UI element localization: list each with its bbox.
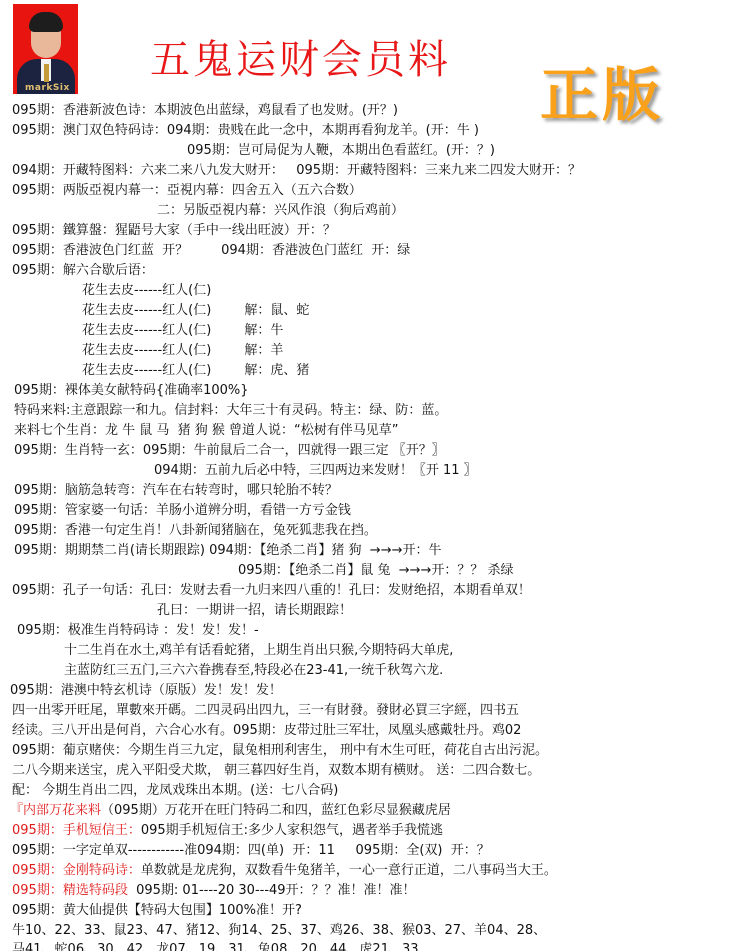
text-line: 095期：香港波色门红蓝 开？ 094期：香港波色门蓝红 开：绿 — [12, 242, 410, 260]
text-line: 095期：葡京赌侠：今期生肖三九定，鼠兔相刑利害生， 刑中有木生可旺，荷花自古出… — [12, 742, 548, 760]
text-line: 配： 今期生肖出二四，龙凤戏珠出本期。(送：七八合码) — [12, 782, 338, 800]
text-line: 095期：港澳中特玄机诗（原版）发！发！发！ — [10, 682, 282, 700]
authentic-badge: 正版 — [540, 48, 664, 132]
text-line-mixed: 马41、蛇06、30、42、龙07、19、31、兔08、20、44、虎21、33 — [12, 941, 419, 951]
text-line: 花生去皮------红人(仁) 解：虎、猪 — [82, 362, 309, 380]
text-line: 095期：管家婆一句话：羊肠小道辨分明，看错一方亏金钱 — [14, 502, 351, 520]
highlight-label: 095期：精选特码段 — [12, 883, 128, 898]
text-line-mixed: 牛10、22、33、鼠23、47、猪12、狗14、25、37、鸡26、38、猴0… — [12, 922, 546, 940]
text-line: 四一出零开旺尾，單數來开碼。二四灵码出四九，三一有財發。發財必買三字經，四书五 — [12, 702, 519, 720]
page-title: 五鬼运财会员料 — [150, 28, 451, 85]
text-line: 十二生肖在水土,鸡羊有话看蛇猪，上期生肖出只猴,今期特码大单虎, — [64, 642, 453, 660]
line-body: 095期: 01----20 30---49开：？？准！准！准！ — [128, 883, 416, 898]
text-line: 花生去皮------红人(仁) 解：牛 — [82, 322, 283, 340]
text-line: 花生去皮------红人(仁) 解：鼠、蛇 — [82, 302, 309, 320]
photo-brand-watermark: markSix — [25, 83, 70, 93]
line-body: 095期：黄大仙提供【特码大包围】100%准！开? — [12, 903, 302, 918]
host-photo: markSix — [13, 4, 78, 94]
highlight-label: 095期：手机短信王： — [12, 823, 141, 838]
text-line: 095期：香港一句定生肖！八卦新闻猪脑在，兔死狐悲我在挡。 — [14, 522, 377, 540]
text-line: 095期：鐵算盤：猩鼯号大家（手中一线出旺波）开：？ — [12, 222, 336, 240]
text-line: 二八今期来送宝，虎入平阳受犬欺， 朝三暮四好生肖，双数本期有横财。 送：二四合数… — [12, 762, 540, 780]
text-line-mixed: 095期：金刚特码诗：单数就是龙虎狗，双数看牛兔猪羊，一心一意行正道，二八事码当… — [12, 862, 557, 880]
text-line-mixed: 095期：精选特码段 095期: 01----20 30---49开：？？准！准… — [12, 882, 416, 900]
text-line: 二：另版亞視内幕：兴风作浪（狗后鸡前） — [157, 202, 404, 220]
text-line: 花生去皮------红人(仁) 解：羊 — [82, 342, 283, 360]
highlight-label: 『内部万花来料 — [10, 803, 101, 818]
text-line: 095期：脑筋急转弯：汽车在右转弯时，哪只轮胎不转？ — [14, 482, 338, 500]
line-body: 095期：一字定单双------------准094期：四(单) 开：11 09… — [12, 843, 490, 858]
text-line: 095期：澳门双色特码诗：094期：贵贱在此一念中，本期再看狗龙羊。(开：牛 ) — [12, 122, 479, 140]
text-line: 095期：极准生肖特码诗 ：发！发！发！- — [17, 622, 259, 640]
text-line: 095期：期期禁二肖(请长期跟踪) 094期：【绝杀二肖】猪 狗 →→→开：牛 — [14, 542, 441, 560]
photo-hair — [29, 12, 63, 32]
text-line: 095期：两版亞視内幕一：亞視内幕：四舍五入（五六合数） — [12, 182, 362, 200]
text-line: 095期：岂可局促为人鞭，本期出色看蓝红。(开：？) — [187, 142, 495, 160]
text-line: 花生去皮------红人(仁) — [82, 282, 211, 300]
text-line: 095期：裸体美女献特码{准确率100%} — [14, 382, 249, 400]
photo-tie — [44, 64, 49, 82]
text-line: 主蓝防红三五门,三六六眷携春至,特段必在23-41,一统千秋驾六龙. — [64, 662, 443, 680]
text-line: 经读。三八开出是何肖，六合心水有。095期：皮带过肚三军壮，凤凰头感戴牡丹。鸡0… — [12, 722, 521, 740]
text-line: 孔曰：一期讲一招，请长期跟踪！ — [157, 602, 352, 620]
line-body: 095期手机短信王:多少人家积怨气，遇者举手我慌逃 — [141, 823, 443, 838]
highlight-label: 095期：金刚特码诗： — [12, 863, 141, 878]
text-line-mixed: 095期：手机短信王：095期手机短信王:多少人家积怨气，遇者举手我慌逃 — [12, 822, 443, 840]
line-body: 马41、蛇06、30、42、龙07、19、31、兔08、20、44、虎21、33 — [12, 942, 419, 951]
text-line: 094期：开藏特图料：六来二来八九发大财开： 095期：开藏特图料：三来九来二四… — [12, 162, 581, 180]
line-body: 单数就是龙虎狗，双数看牛兔猪羊，一心一意行正道，二八事码当大王。 — [141, 863, 557, 878]
text-line-mixed: 095期：一字定单双------------准094期：四(单) 开：11 09… — [12, 842, 490, 860]
text-line: 来料七个生肖：龙 牛 鼠 马 猪 狗 猴 曾道人说：“松树有伴马见草” — [14, 422, 399, 440]
text-line: 特码来料:主意跟踪一和九。信封料：大年三十有灵码。特主：绿、防：蓝。 — [14, 402, 447, 420]
line-body: 牛10、22、33、鼠23、47、猪12、狗14、25、37、鸡26、38、猴0… — [12, 923, 546, 938]
text-line: 095期：孔子一句话：孔曰：发财去看一九归来四八重的！孔曰：发财绝招，本期看单双… — [12, 582, 531, 600]
line-body: （095期）万花开在旺门特码二和四，蓝红色彩尽显猴藏虎居 — [101, 803, 451, 818]
text-line-mixed: 095期：黄大仙提供【特码大包围】100%准！开? — [12, 902, 302, 920]
text-line: 094期：五前九后必中特，三四两边来发财！〖开 11 〗 — [154, 462, 477, 480]
text-line: 095期：生肖特一玄：095期：牛前鼠后二合一，四就得一跟三定 〖开？〗 — [14, 442, 445, 460]
text-line: 095期：香港新波色诗：本期波色出蓝绿，鸡鼠看了也发财。(开？) — [12, 102, 398, 120]
text-line-mixed: 『内部万花来料（095期）万花开在旺门特码二和四，蓝红色彩尽显猴藏虎居 — [10, 802, 451, 820]
text-line: 095期：解六合歇后语： — [12, 262, 154, 280]
text-line: 095期：【绝杀二肖】鼠 兔 →→→开：？？ 杀绿 — [238, 562, 514, 580]
